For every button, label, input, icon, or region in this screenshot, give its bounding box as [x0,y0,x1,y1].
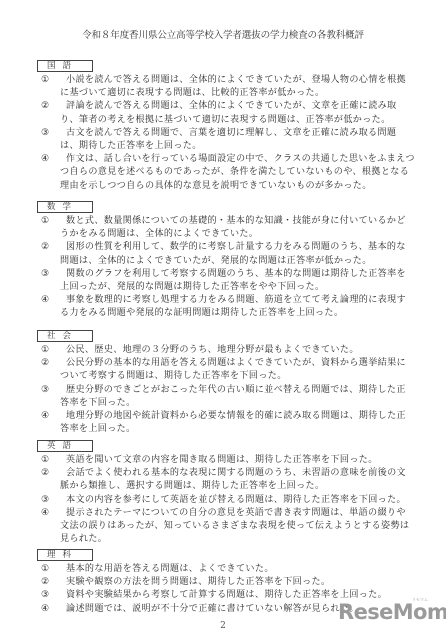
list-item: ②評論を読んで答える問題は、全体的によくできていたが、文章を正確に読み取り、筆者… [37,100,417,126]
list-item: ④提示されたテーマについての自分の意見を英語で書き表す問題は、単語の綴りや文法の… [37,507,417,547]
list-item: ③歴史分野のできごとがおこった年代の古い順に並べ替える問題では、期待した正答率を… [37,384,417,410]
section-english: 英語 ①英語を聞いて文章の内容を聞き取る問題は、期待した正答率を下回った。 ②会… [37,433,417,546]
watermark-logo: ReseMom [338,600,446,624]
section-heading: 国語 [37,60,93,72]
document-title: 令和８年度香川県公立高等学校入学者選抜の学力検査の各教科概評 [0,27,446,41]
section-math: 数学 ①数と式、数量関係についての基礎的・基本的な知識・技能が身に付いているかど… [37,194,417,321]
list-item: ②公民分野の基本的な用語を答える問題はよくできていたが、資料から選挙結果について… [37,357,417,383]
list-item: ①英語を聞いて文章の内容を聞き取る問題は、期待した正答率を下回った。 [37,454,417,467]
list-item: ①公民、歴史、地理の３分野のうち、地理分野が最もよくできていた。 [37,344,417,357]
list-item: ①基本的な用語を答える問題は、よくできていた。 [37,563,417,576]
list-item: ③本文の内容を参考にして英語を並び替える問題は、期待した正答率を下回った。 [37,494,417,507]
section-heading: 数学 [37,201,93,213]
list-item: ③関数のグラフを利用して考察する問題のうち、基本的な問題は期待した正答率を上回っ… [37,268,417,294]
section-heading: 理科 [37,549,93,561]
list-item: ④作文は、話し合いを行っている場面設定の中で、クラスの共通した思いをふまえつつ自… [37,153,417,193]
section-heading: 社会 [37,330,93,342]
section-social-studies: 社会 ①公民、歴史、地理の３分野のうち、地理分野が最もよくできていた。 ②公民分… [37,323,417,436]
section-japanese: 国語 ①小説を読んで答える問題は、全体的によくできていたが、登場人物の心情を根拠… [37,53,417,193]
list-item: ②図形の性質を利用して、数学的に考察し計量する力をみる問題のうち、基本的な問題は… [37,241,417,267]
section-heading: 英語 [37,440,93,452]
list-item: ②会話でよく使われる基本的な表現に関する問題のうち、未習語の意味を前後の文脈から… [37,467,417,493]
list-item: ②実験や観察の方法を問う問題は、期待した正答率を下回った。 [37,576,417,589]
list-item: ③古文を読んで答える問題で、言葉を適切に理解し、文章を正確に読み取る問題は、期待… [37,127,417,153]
list-item: ①小説を読んで答える問題は、全体的によくできていたが、登場人物の心情を根拠に基づ… [37,74,417,100]
list-item: ①数と式、数量関係についての基礎的・基本的な知識・技能が身に付いているかどうかを… [37,215,417,241]
list-item: ④事象を数理的に考察し処理する力をみる問題、筋道を立てて考え論理的に表現する力を… [37,294,417,320]
